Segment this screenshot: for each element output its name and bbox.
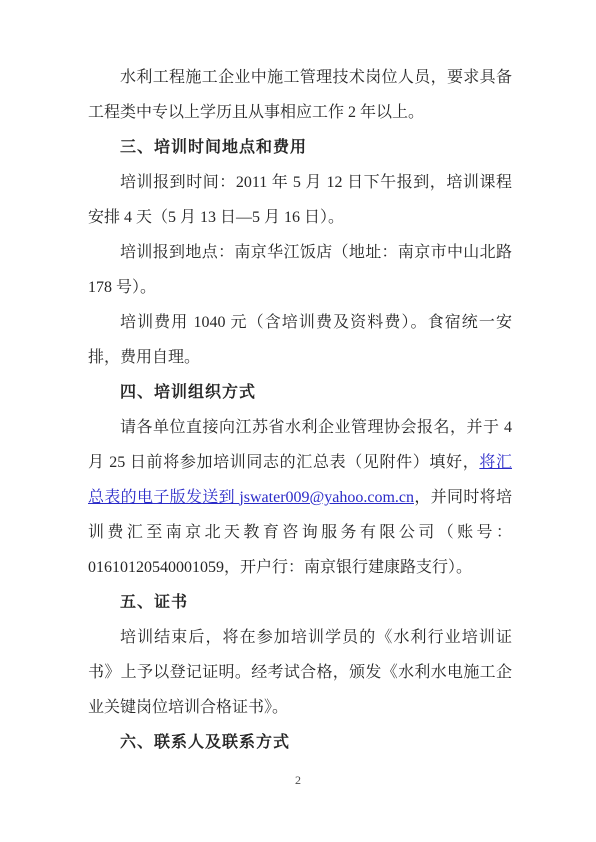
paragraph-checkin-location: 培训报到地点：南京华江饭店（地址：南京市中山北路 178 号）。 <box>88 235 512 305</box>
heading-section-5-certificate: 五、证书 <box>88 585 512 620</box>
paragraph-eligibility: 水利工程施工企业中施工管理技术岗位人员，要求具备工程类中专以上学历且从事相应工作… <box>88 60 512 130</box>
paragraph-certificate-info: 培训结束后，将在参加培训学员的《水利行业培训证书》上予以登记证明。经考试合格，颁… <box>88 620 512 725</box>
document-content: 水利工程施工企业中施工管理技术岗位人员，要求具备工程类中专以上学历且从事相应工作… <box>88 60 512 760</box>
paragraph-checkin-time: 培训报到时间：2011 年 5 月 12 日下午报到，培训课程安排 4 天（5 … <box>88 165 512 235</box>
registration-text-before-link: 请各单位直接向江苏省水利企业管理协会报名，并于 4 月 25 日前将参加培训同志… <box>88 419 512 471</box>
heading-section-3-time-place-fee: 三、培训时间地点和费用 <box>88 130 512 165</box>
paragraph-training-fee: 培训费用 1040 元（含培训费及资料费）。食宿统一安排，费用自理。 <box>88 305 512 375</box>
paragraph-registration: 请各单位直接向江苏省水利企业管理协会报名，并于 4 月 25 日前将参加培训同志… <box>88 410 512 585</box>
heading-section-4-organization: 四、培训组织方式 <box>88 375 512 410</box>
page-number: 2 <box>0 773 596 788</box>
document-page: 水利工程施工企业中施工管理技术岗位人员，要求具备工程类中专以上学历且从事相应工作… <box>0 0 596 842</box>
email-link[interactable]: jswater009@yahoo.com.cn <box>239 489 414 506</box>
heading-section-6-contacts: 六、联系人及联系方式 <box>88 725 512 760</box>
